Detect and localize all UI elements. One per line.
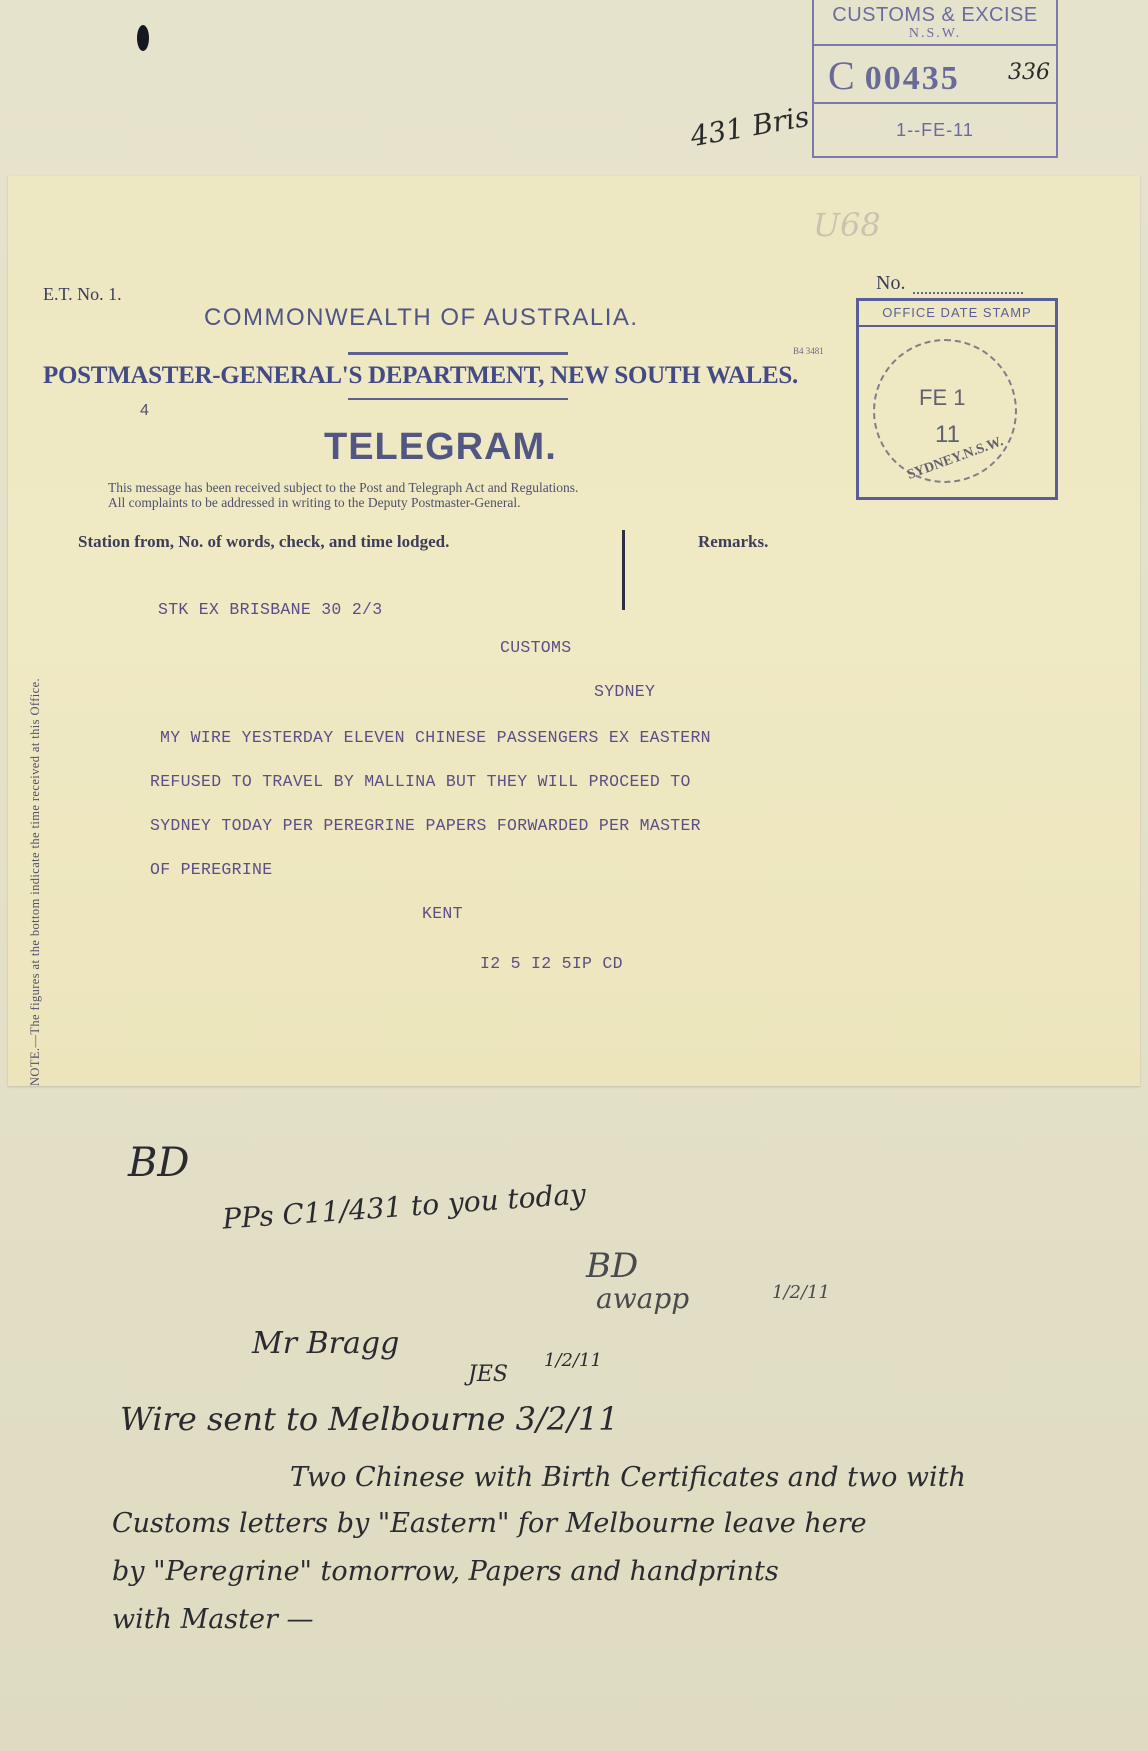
addressee: CUSTOMS bbox=[500, 638, 571, 657]
note-para-3: by "Peregrine" tomorrow, Papers and hand… bbox=[112, 1556, 779, 1587]
station-line: STK EX BRISBANE 30 2/3 bbox=[158, 600, 382, 619]
initials-1: BD bbox=[128, 1140, 189, 1186]
note-para-4: with Master — bbox=[112, 1604, 314, 1635]
postmark-icon: FE 1 11 SYDNEY.N.S.W. bbox=[873, 339, 1017, 483]
stamp-handwritten-number: 336 bbox=[1008, 60, 1050, 85]
number-dotted-line bbox=[913, 292, 1023, 294]
department-rule bbox=[348, 398, 568, 400]
punch-hole bbox=[137, 25, 149, 51]
message-line-3: SYDNEY TODAY PER PEREGRINE PAPERS FORWAR… bbox=[150, 816, 701, 835]
customs-excise-stamp: CUSTOMS & EXCISE N.S.W. C00435 336 1--FE… bbox=[812, 0, 1058, 158]
signature-2: awapp bbox=[596, 1282, 689, 1315]
column-divider bbox=[622, 530, 625, 610]
time-received: I2 5 I2 5IP CD bbox=[480, 954, 623, 973]
message-line-1: MY WIRE YESTERDAY ELEVEN CHINESE PASSENG… bbox=[160, 728, 711, 747]
signature: KENT bbox=[422, 904, 463, 923]
telegram-title: TELEGRAM. bbox=[324, 426, 557, 469]
regulation-notice: This message has been received subject t… bbox=[108, 480, 578, 510]
commonwealth-heading: COMMONWEALTH OF AUSTRALIA. bbox=[204, 304, 639, 332]
date-2: 1/2/11 bbox=[772, 1282, 830, 1303]
date-3: 1/2/11 bbox=[544, 1350, 602, 1371]
stamp-line1: CUSTOMS & EXCISE bbox=[814, 0, 1056, 26]
station-header: Station from, No. of words, check, and t… bbox=[78, 532, 449, 552]
form-number: 4 bbox=[140, 402, 149, 420]
heading-rule bbox=[348, 352, 568, 355]
note-para-1: Two Chinese with Birth Certificates and … bbox=[290, 1462, 966, 1493]
initials-2: BD bbox=[586, 1246, 638, 1286]
faint-pencil-mark: U68 bbox=[813, 206, 881, 244]
form-code: E.T. No. 1. bbox=[43, 284, 122, 305]
initials-3: JES bbox=[468, 1362, 508, 1387]
office-date-stamp-box: OFFICE DATE STAMP FE 1 11 SYDNEY.N.S.W. bbox=[856, 298, 1058, 500]
destination: SYDNEY bbox=[594, 682, 655, 701]
note-line-3: Mr Bragg bbox=[252, 1326, 399, 1361]
stamp-line2: N.S.W. bbox=[814, 26, 1056, 42]
note-para-2: Customs letters by "Eastern" for Melbour… bbox=[112, 1508, 867, 1539]
stamp-number: C00435 bbox=[828, 52, 960, 99]
remarks-header: Remarks. bbox=[698, 532, 768, 552]
telegram-form: U68 E.T. No. 1. No. COMMONWEALTH OF AUST… bbox=[8, 176, 1140, 1086]
office-date-stamp-label: OFFICE DATE STAMP bbox=[859, 301, 1055, 327]
number-label: No. bbox=[876, 272, 905, 295]
stamp-date: 1--FE-11 bbox=[814, 104, 1056, 156]
message-line-2: REFUSED TO TRAVEL BY MALLINA BUT THEY WI… bbox=[150, 772, 691, 791]
message-line-4: OF PEREGRINE bbox=[150, 860, 272, 879]
note-line-4: Wire sent to Melbourne 3/2/11 bbox=[120, 1400, 619, 1438]
department-heading: POSTMASTER-GENERAL'S DEPARTMENT, NEW SOU… bbox=[43, 362, 798, 390]
side-note: NOTE.—The figures at the bottom indicate… bbox=[28, 526, 43, 1086]
print-code: B4 3481 bbox=[793, 346, 824, 356]
